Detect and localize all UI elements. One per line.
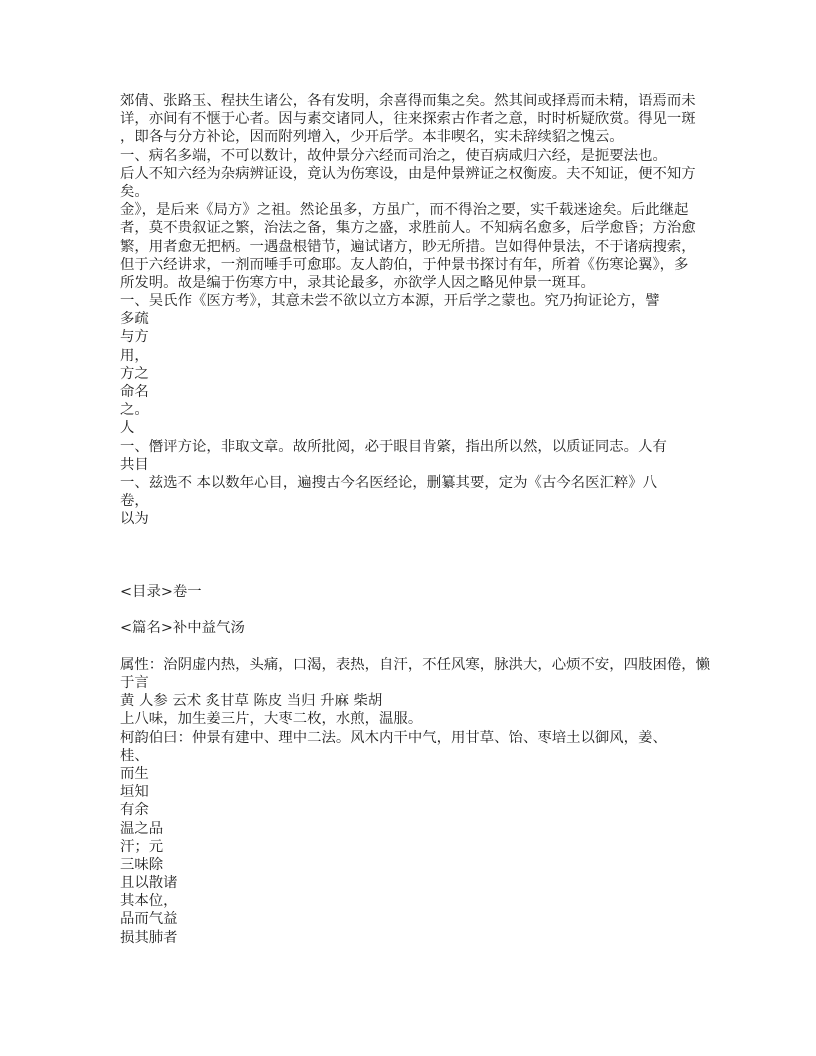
text-line: 一、僭评方论，非取文章。故所批阅，必于眼目肯綮，指出所以然，以质证同志。人有: [120, 438, 730, 456]
text-line: 有余: [120, 801, 730, 819]
text-line: [120, 529, 730, 547]
text-line: 共目: [120, 456, 730, 474]
text-line: 汗；元: [120, 838, 730, 856]
text-line: 方之: [120, 365, 730, 383]
text-line: 之。: [120, 401, 730, 419]
text-block: 郊倩、张路玉、程扶生诸公，各有发明，余喜得而集之矣。然其间或择焉而未精，语焉而未…: [120, 92, 730, 947]
text-line: 以为: [120, 510, 730, 528]
text-line: 桂、: [120, 747, 730, 765]
text-line: [120, 547, 730, 565]
text-line: <目录>卷一: [120, 583, 730, 601]
text-line: 人: [120, 419, 730, 437]
text-line: 者，莫不贵叙证之繁，治法之备，集方之盛，求胜前人。不知病名愈多，后学愈昏；方治愈: [120, 219, 730, 237]
text-line: 上八味，加生姜三片，大枣二枚，水煎，温服。: [120, 710, 730, 728]
text-line: 多疏: [120, 310, 730, 328]
text-line: 但于六经讲求，一剂而唾手可愈耶。友人韵伯，于仲景书探讨有年，所着《伤寒论翼》，多: [120, 256, 730, 274]
text-line: 详，亦间有不惬于心者。因与素交诸同人，往来探索古作者之意，时时析疑欣赏。得见一斑: [120, 110, 730, 128]
text-line: 一、病名多端，不可以数计，故仲景分六经而司治之，使百病咸归六经，是扼要法也。: [120, 147, 730, 165]
text-line: 矣。: [120, 183, 730, 201]
text-line: 金》，是后来《局方》之祖。然论虽多，方虽广，而不得治之要，实千载迷途矣。后此继起: [120, 201, 730, 219]
text-line: 命名: [120, 383, 730, 401]
text-line: 品而气益: [120, 910, 730, 928]
text-line: ，即各与分方补论，因而附列增入，少开后学。本非喫名，实未辞续貂之愧云。: [120, 128, 730, 146]
text-line: 三味除: [120, 856, 730, 874]
text-line: 垣知: [120, 783, 730, 801]
text-line: 郊倩、张路玉、程扶生诸公，各有发明，余喜得而集之矣。然其间或择焉而未精，语焉而未: [120, 92, 730, 110]
text-line: 一、吴氏作《医方考》，其意未尝不欲以立方本源，开后学之蒙也。究乃拘证论方，譬: [120, 292, 730, 310]
text-line: 用，: [120, 347, 730, 365]
text-line: 一、兹选不 本以数年心目，遍搜古今名医经论，删纂其要，定为《古今名医汇粹》八: [120, 474, 730, 492]
text-line: 损其肺者: [120, 929, 730, 947]
text-line: 黄 人参 云术 炙甘草 陈皮 当归 升麻 柴胡: [120, 692, 730, 710]
text-line: 所发明。故是编于伤寒方中，录其论最多，亦欲学人因之略见仲景一斑耳。: [120, 274, 730, 292]
text-line: [120, 638, 730, 656]
text-line: 柯韵伯曰：仲景有建中、理中二法。风木内干中气，用甘草、饴、枣培土以御风，姜、: [120, 729, 730, 747]
text-line: 卷，: [120, 492, 730, 510]
text-line: 且以散诸: [120, 874, 730, 892]
text-line: 其本位，: [120, 892, 730, 910]
text-line: [120, 565, 730, 583]
text-line: <篇名>补中益气汤: [120, 619, 730, 637]
text-line: [120, 601, 730, 619]
text-line: 温之品: [120, 820, 730, 838]
text-line: 而生: [120, 765, 730, 783]
text-line: 属性：治阴虚内热，头痛，口渴，表热，自汗，不任风寒，脉洪大，心烦不安，四肢困倦，…: [120, 656, 730, 674]
text-line: 后人不知六经为杂病辨证设，竟认为伤寒设，由是仲景辨证之权衡废。夫不知证，便不知方: [120, 165, 730, 183]
text-line: 与方: [120, 328, 730, 346]
document-page: 郊倩、张路玉、程扶生诸公，各有发明，余喜得而集之矣。然其间或择焉而未精，语焉而未…: [0, 0, 816, 1056]
text-line: 繁，用者愈无把柄。一遇盘根错节，遍试诸方，眇无所措。岂如得仲景法，不于诸病搜索，: [120, 238, 730, 256]
text-line: 于言: [120, 674, 730, 692]
